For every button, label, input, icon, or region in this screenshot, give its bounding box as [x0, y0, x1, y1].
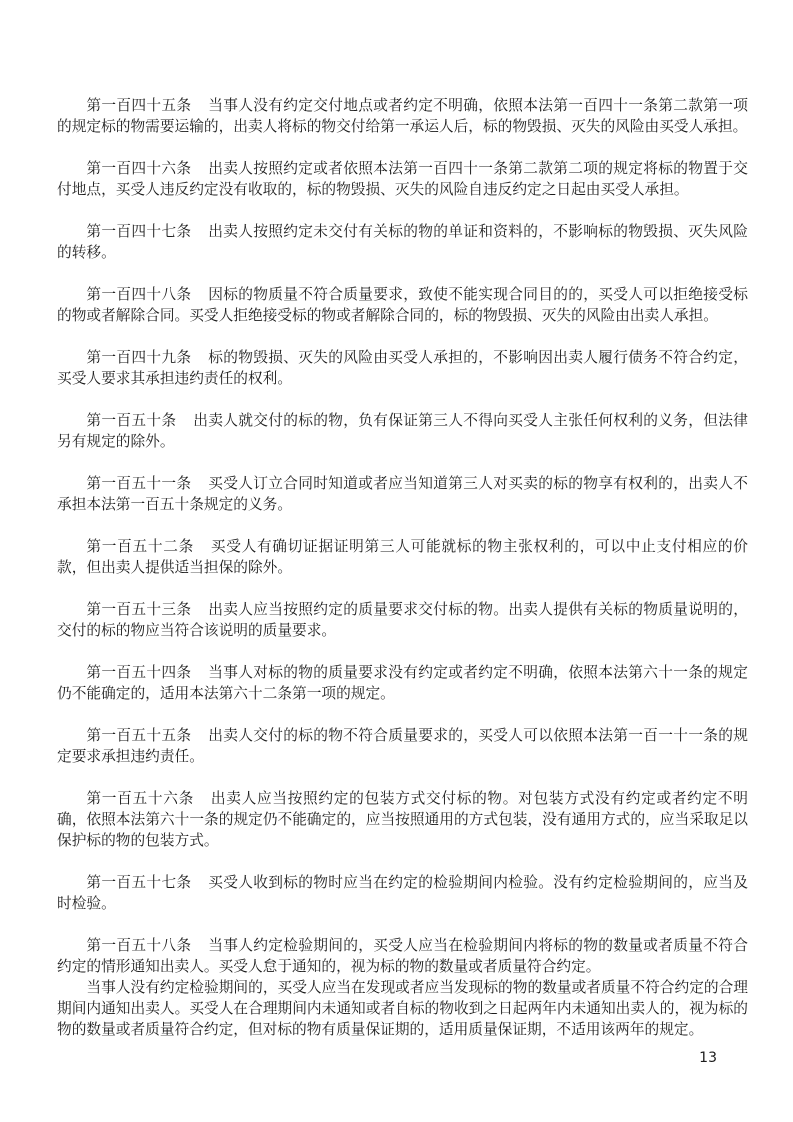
- article: 第一百四十八条因标的物质量不符合质量要求，致使不能实现合同目的的，买受人可以拒绝…: [57, 285, 748, 327]
- article-first-paragraph: 第一百五十三条出卖人应当按照约定的质量要求交付标的物。出卖人提供有关标的物质量说…: [57, 600, 748, 642]
- articles: 第一百四十五条当事人没有约定交付地点或者约定不明确，依照本法第一百四十一条第二款…: [57, 96, 748, 1041]
- article-first-paragraph: 第一百五十四条当事人对标的物的质量要求没有约定或者约定不明确，依照本法第六十一条…: [57, 663, 748, 705]
- document-page: 第一百四十五条当事人没有约定交付地点或者约定不明确，依照本法第一百四十一条第二款…: [0, 0, 793, 1122]
- article-number: 第一百五十一条: [86, 476, 191, 492]
- article-number: 第一百五十三条: [86, 602, 191, 618]
- article: 第一百五十七条买受人收到标的物时应当在约定的检验期间内检验。没有约定检验期间的，…: [57, 873, 748, 915]
- article-number: 第一百四十六条: [86, 161, 191, 177]
- article-number: 第一百五十四条: [86, 665, 191, 681]
- article-first-paragraph: 第一百四十六条出卖人按照约定或者依照本法第一百四十一条第二款第二项的规定将标的物…: [57, 159, 748, 201]
- article-first-paragraph: 第一百五十八条当事人约定检验期间的，买受人应当在检验期间内将标的物的数量或者质量…: [57, 936, 748, 978]
- article-first-paragraph: 第一百五十二条买受人有确切证据证明第三人可能就标的物主张权利的，可以中止支付相应…: [57, 537, 748, 579]
- article-number: 第一百四十七条: [86, 224, 191, 240]
- article-number: 第一百五十二条: [86, 539, 194, 555]
- article-number: 第一百五十条: [86, 413, 176, 429]
- article: 第一百五十一条买受人订立合同时知道或者应当知道第三人对买卖的标的物享有权利的，出…: [57, 474, 748, 516]
- page-number: 13: [699, 1049, 717, 1067]
- article: 第一百五十二条买受人有确切证据证明第三人可能就标的物主张权利的，可以中止支付相应…: [57, 537, 748, 579]
- article-number: 第一百五十七条: [86, 875, 191, 891]
- article: 第一百五十四条当事人对标的物的质量要求没有约定或者约定不明确，依照本法第六十一条…: [57, 663, 748, 705]
- article-number: 第一百五十八条: [86, 938, 191, 954]
- article: 第一百五十五条出卖人交付的标的物不符合质量要求的，买受人可以依照本法第一百一十一…: [57, 726, 748, 768]
- article-first-paragraph: 第一百五十六条出卖人应当按照约定的包装方式交付标的物。对包装方式没有约定或者约定…: [57, 789, 748, 852]
- article-continuation-paragraph: 当事人没有约定检验期间的，买受人应当在发现或者应当发现标的物的数量或者质量不符合…: [57, 978, 748, 1041]
- article: 第一百四十五条当事人没有约定交付地点或者约定不明确，依照本法第一百四十一条第二款…: [57, 96, 748, 138]
- article-first-paragraph: 第一百五十条出卖人就交付的标的物，负有保证第三人不得向买受人主张任何权利的义务，…: [57, 411, 748, 453]
- article-number: 第一百四十八条: [86, 287, 191, 303]
- article: 第一百四十九条标的物毁损、灭失的风险由买受人承担的，不影响因出卖人履行债务不符合…: [57, 348, 748, 390]
- article-number: 第一百五十六条: [86, 791, 194, 807]
- article: 第一百五十六条出卖人应当按照约定的包装方式交付标的物。对包装方式没有约定或者约定…: [57, 789, 748, 852]
- article-first-paragraph: 第一百四十七条出卖人按照约定未交付有关标的物的单证和资料的，不影响标的物毁损、灭…: [57, 222, 748, 264]
- article-number: 第一百四十九条: [86, 350, 191, 366]
- article-number: 第一百五十五条: [86, 728, 191, 744]
- article-first-paragraph: 第一百四十五条当事人没有约定交付地点或者约定不明确，依照本法第一百四十一条第二款…: [57, 96, 748, 138]
- article-number: 第一百四十五条: [86, 98, 191, 114]
- article-first-paragraph: 第一百四十八条因标的物质量不符合质量要求，致使不能实现合同目的的，买受人可以拒绝…: [57, 285, 748, 327]
- article: 第一百五十八条当事人约定检验期间的，买受人应当在检验期间内将标的物的数量或者质量…: [57, 936, 748, 1041]
- article-first-paragraph: 第一百五十七条买受人收到标的物时应当在约定的检验期间内检验。没有约定检验期间的，…: [57, 873, 748, 915]
- article: 第一百四十七条出卖人按照约定未交付有关标的物的单证和资料的，不影响标的物毁损、灭…: [57, 222, 748, 264]
- article: 第一百四十六条出卖人按照约定或者依照本法第一百四十一条第二款第二项的规定将标的物…: [57, 159, 748, 201]
- article: 第一百五十三条出卖人应当按照约定的质量要求交付标的物。出卖人提供有关标的物质量说…: [57, 600, 748, 642]
- article-first-paragraph: 第一百四十九条标的物毁损、灭失的风险由买受人承担的，不影响因出卖人履行债务不符合…: [57, 348, 748, 390]
- article: 第一百五十条出卖人就交付的标的物，负有保证第三人不得向买受人主张任何权利的义务，…: [57, 411, 748, 453]
- article-first-paragraph: 第一百五十五条出卖人交付的标的物不符合质量要求的，买受人可以依照本法第一百一十一…: [57, 726, 748, 768]
- article-first-paragraph: 第一百五十一条买受人订立合同时知道或者应当知道第三人对买卖的标的物享有权利的，出…: [57, 474, 748, 516]
